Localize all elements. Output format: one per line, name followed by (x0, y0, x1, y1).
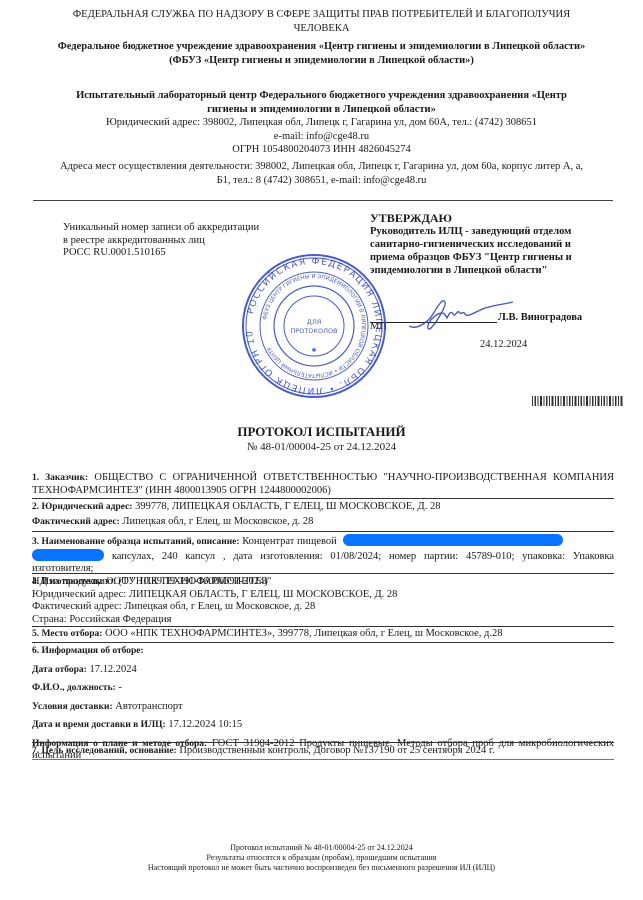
manufacturer-value: ООО "НПК ТЕХНОФАРМСИНТЕЗ" (106, 576, 271, 587)
sampling-info-label: 6. Информация об отборе: (32, 645, 614, 658)
fio-label: Ф.И.О., должность: (32, 683, 116, 693)
accreditation-line-1: Уникальный номер записи об аккредитации (63, 222, 333, 235)
lab-header: Испытательный лабораторный центр Федерал… (40, 89, 603, 157)
delivery-conditions-label: Условия доставки: (32, 702, 113, 712)
section-manufacturer: 4. Изготовитель: ООО "НПК ТЕХНОФАРМСИНТЕ… (32, 576, 614, 626)
section-divider (32, 498, 614, 499)
approval-block: УТВЕРЖДАЮ Руководитель ИЛЦ - заведующий … (370, 212, 630, 277)
approval-title: УТВЕРЖДАЮ (370, 212, 630, 225)
manufacturer-actual-address: Фактический адрес: Липецкая обл, г Елец,… (32, 601, 614, 614)
manufacturer-country: Страна: Российская Федерация (32, 614, 614, 627)
header-divider (33, 200, 613, 201)
section-divider (32, 742, 614, 743)
activity-address-line-2: Б1, тел.: 8 (4742) 308651, e-mail: info@… (35, 174, 608, 188)
sampling-date-label: Дата отбора: (32, 665, 87, 675)
lab-line-2: гигиены и эпидемиологии в Липецкой облас… (40, 103, 603, 117)
institution-header: Федеральное бюджетное учреждение здравоо… (20, 40, 623, 68)
signature-icon (405, 296, 515, 332)
approval-position-3: приема образцов ФБУЗ "Центр гигиены и (370, 251, 630, 264)
approval-position-1: Руководитель ИЛЦ - заведующий отделом (370, 225, 630, 238)
barcode-icon (532, 396, 624, 406)
delivery-conditions-value: Автотранспорт (115, 701, 182, 712)
agency-line-1: ФЕДЕРАЛЬНАЯ СЛУЖБА ПО НАДЗОРУ В СФЕРЕ ЗА… (40, 8, 603, 22)
stamp-center-line-1: ДЛЯ (307, 318, 321, 326)
purpose-label: 7. Цель исследований, основание: (32, 746, 177, 756)
protocol-title: ПРОТОКОЛ ИСПЫТАНИЙ (150, 424, 493, 440)
section-divider (32, 759, 614, 760)
activity-address-line-1: Адреса мест осуществления деятельности: … (35, 160, 608, 174)
approval-date: 24.12.2024 (480, 338, 527, 351)
delivery-time-value: 17.12.2024 10:15 (168, 719, 242, 730)
legal-address-value: 399778, ЛИПЕЦКАЯ ОБЛАСТЬ, Г ЕЛЕЦ, Ш МОСК… (135, 501, 440, 512)
protocol-number: № 48-01/00004-25 от 24.12.2024 (150, 440, 493, 454)
section-divider (32, 626, 614, 627)
sample-label: 3. Наименование образца испытаний, описа… (32, 537, 240, 547)
section-purpose: 7. Цель исследований, основание: Произво… (32, 745, 614, 758)
lab-line-1: Испытательный лабораторный центр Федерал… (40, 89, 603, 103)
sample-value-start: Концентрат пищевой (242, 536, 337, 547)
redaction-mark (343, 534, 563, 546)
sampling-place-label: 5. Место отбора: (32, 629, 102, 639)
header-email: e-mail: info@cge48.ru (40, 130, 603, 144)
section-divider (32, 642, 614, 643)
customer-value: ОБЩЕСТВО С ОГРАНИЧЕННОЙ ОТВЕТСТВЕННОСТЬЮ… (32, 472, 614, 496)
footer-line-2: Результаты относятся к образцам (пробам)… (100, 853, 543, 863)
fio-value: - (118, 682, 122, 693)
agency-line-2: ЧЕЛОВЕКА (40, 22, 603, 36)
sample-value-cont: капсулах, 240 капсул , дата изготовления… (32, 551, 614, 575)
actual-address-value: Липецкая обл, г Елец, ш Московское, д. 2… (122, 516, 313, 527)
agency-header: ФЕДЕРАЛЬНАЯ СЛУЖБА ПО НАДЗОРУ В СФЕРЕ ЗА… (40, 8, 603, 36)
legal-address-label: 2. Юридический адрес: (32, 502, 133, 512)
section-sampling-place: 5. Место отбора: ООО «НПК ТЕХНОФАРМСИНТЕ… (32, 628, 614, 641)
institution-line-2: (ФБУЗ «Центр гигиены и эпидемиологии в Л… (20, 54, 623, 68)
ogrn-inn: ОГРН 1054800204073 ИНН 4826045274 (40, 143, 603, 157)
actual-address-label: Фактический адрес: (32, 517, 120, 527)
section-customer: 1. Заказчик: ОБЩЕСТВО С ОГРАНИЧЕННОЙ ОТВ… (32, 472, 614, 497)
footer-line-3: Настоящий протокол не может быть частичн… (100, 863, 543, 873)
sampling-date-value: 17.12.2024 (89, 664, 136, 675)
svg-text:ФБУЗ ЦЕНТР ГИГИЕНЫ И ЭПИДЕМИОЛ: ФБУЗ ЦЕНТР ГИГИЕНЫ И ЭПИДЕМИОЛОГИИ В ЛИП… (262, 274, 366, 378)
institution-line-1: Федеральное бюджетное учреждение здравоо… (20, 40, 623, 54)
official-stamp-icon: РОССИЙСКАЯ ФЕДЕРАЦИЯ ЛИПЕЦКАЯ ОБЛ. • ЛИП… (240, 252, 388, 400)
section-divider (32, 573, 614, 574)
approval-position-4: эпидемиологии в Липецкой области" (370, 264, 630, 277)
section-divider (32, 531, 614, 532)
svg-text:✱: ✱ (311, 347, 316, 354)
sampling-place-value: ООО «НПК ТЕХНОФАРМСИНТЕЗ», 399778, Липец… (105, 628, 502, 639)
stamp-center-line-2: ПРОТОКОЛОВ (290, 327, 337, 335)
section-legal-address: 2. Юридический адрес: 399778, ЛИПЕЦКАЯ О… (32, 501, 614, 528)
activity-address: Адреса мест осуществления деятельности: … (35, 160, 608, 188)
manufacturer-label: 4. Изготовитель: (32, 577, 103, 587)
delivery-time-label: Дата и время доставки в ИЛЦ: (32, 720, 166, 730)
page-footer: Протокол испытаний № 48-01/00004-25 от 2… (100, 843, 543, 873)
customer-label: 1. Заказчик: (32, 473, 88, 483)
purpose-value: Производственный контроль, Договор №1371… (179, 745, 494, 756)
footer-line-1: Протокол испытаний № 48-01/00004-25 от 2… (100, 843, 543, 853)
redaction-mark (32, 549, 104, 561)
accreditation-line-2: в реестре аккредитованных лиц (63, 235, 333, 248)
legal-address: Юридический адрес: 398002, Липецкая обл,… (40, 116, 603, 130)
approval-position-2: санитарно-гигиенических исследований и (370, 238, 630, 251)
manufacturer-legal-address: Юридический адрес: ЛИПЕЦКАЯ ОБЛАСТЬ, Г Е… (32, 589, 614, 602)
